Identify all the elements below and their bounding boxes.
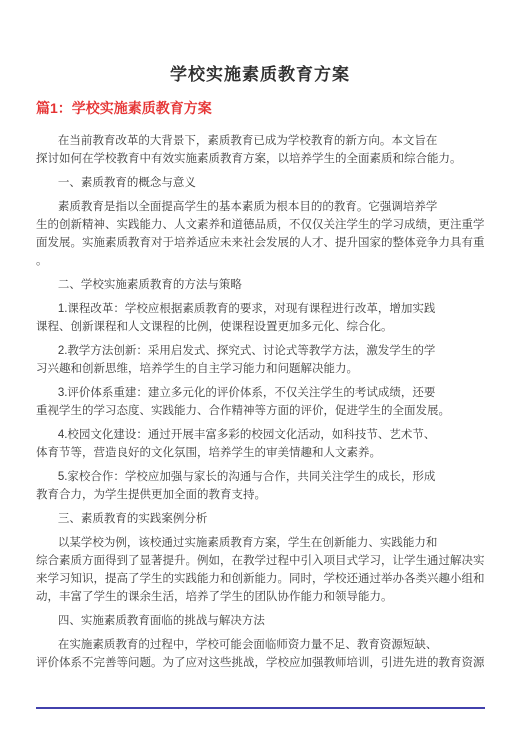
document-title: 学校实施素质教育方案 [36, 60, 484, 85]
paragraph: 1.课程改革：学校应根据素质教育的要求，对现有课程进行改革，增加实践课程、创新课… [36, 300, 484, 336]
section-subheading: 三、素质教育的实践案例分析 [36, 510, 484, 528]
section-subheading: 一、素质教育的概念与意义 [36, 174, 484, 192]
section-subheading: 二、学校实施素质教育的方法与策略 [36, 276, 484, 294]
document-content: 学校实施素质教育方案 篇1：学校实施素质教育方案 在当前教育改革的大背景下，素质… [0, 0, 520, 672]
document-page: 学校实施素质教育方案 篇1：学校实施素质教育方案 在当前教育改革的大背景下，素质… [0, 0, 520, 736]
paragraph: 素质教育是指以全面提高学生的基本素质为根本目的的教育。它强调培养学生的创新精神、… [36, 198, 484, 270]
footer-divider-line [36, 707, 485, 709]
paragraph: 在当前教育改革的大背景下，素质教育已成为学校教育的新方向。本文旨在探讨如何在学校… [36, 132, 484, 168]
document-body: 在当前教育改革的大背景下，素质教育已成为学校教育的新方向。本文旨在探讨如何在学校… [36, 132, 484, 672]
paragraph: 以某学校为例，该校通过实施素质教育方案，学生在创新能力、实践能力和综合素质方面得… [36, 534, 484, 606]
article-lead-heading: 篇1：学校实施素质教育方案 [36, 98, 484, 118]
section-subheading: 四、实施素质教育面临的挑战与解决方法 [36, 612, 484, 630]
paragraph: 2.教学方法创新：采用启发式、探究式、讨论式等教学方法，激发学生的学习兴趣和创新… [36, 342, 484, 378]
paragraph: 4.校园文化建设：通过开展丰富多彩的校园文化活动，如科技节、艺术节、体育节等，营… [36, 426, 484, 462]
paragraph: 5.家校合作：学校应加强与家长的沟通与合作，共同关注学生的成长，形成教育合力，为… [36, 468, 484, 504]
paragraph: 在实施素质教育的过程中，学校可能会面临师资力量不足、教育资源短缺、评价体系不完善… [36, 636, 484, 672]
paragraph: 3.评价体系重建：建立多元化的评价体系，不仅关注学生的考试成绩，还要重视学生的学… [36, 384, 484, 420]
